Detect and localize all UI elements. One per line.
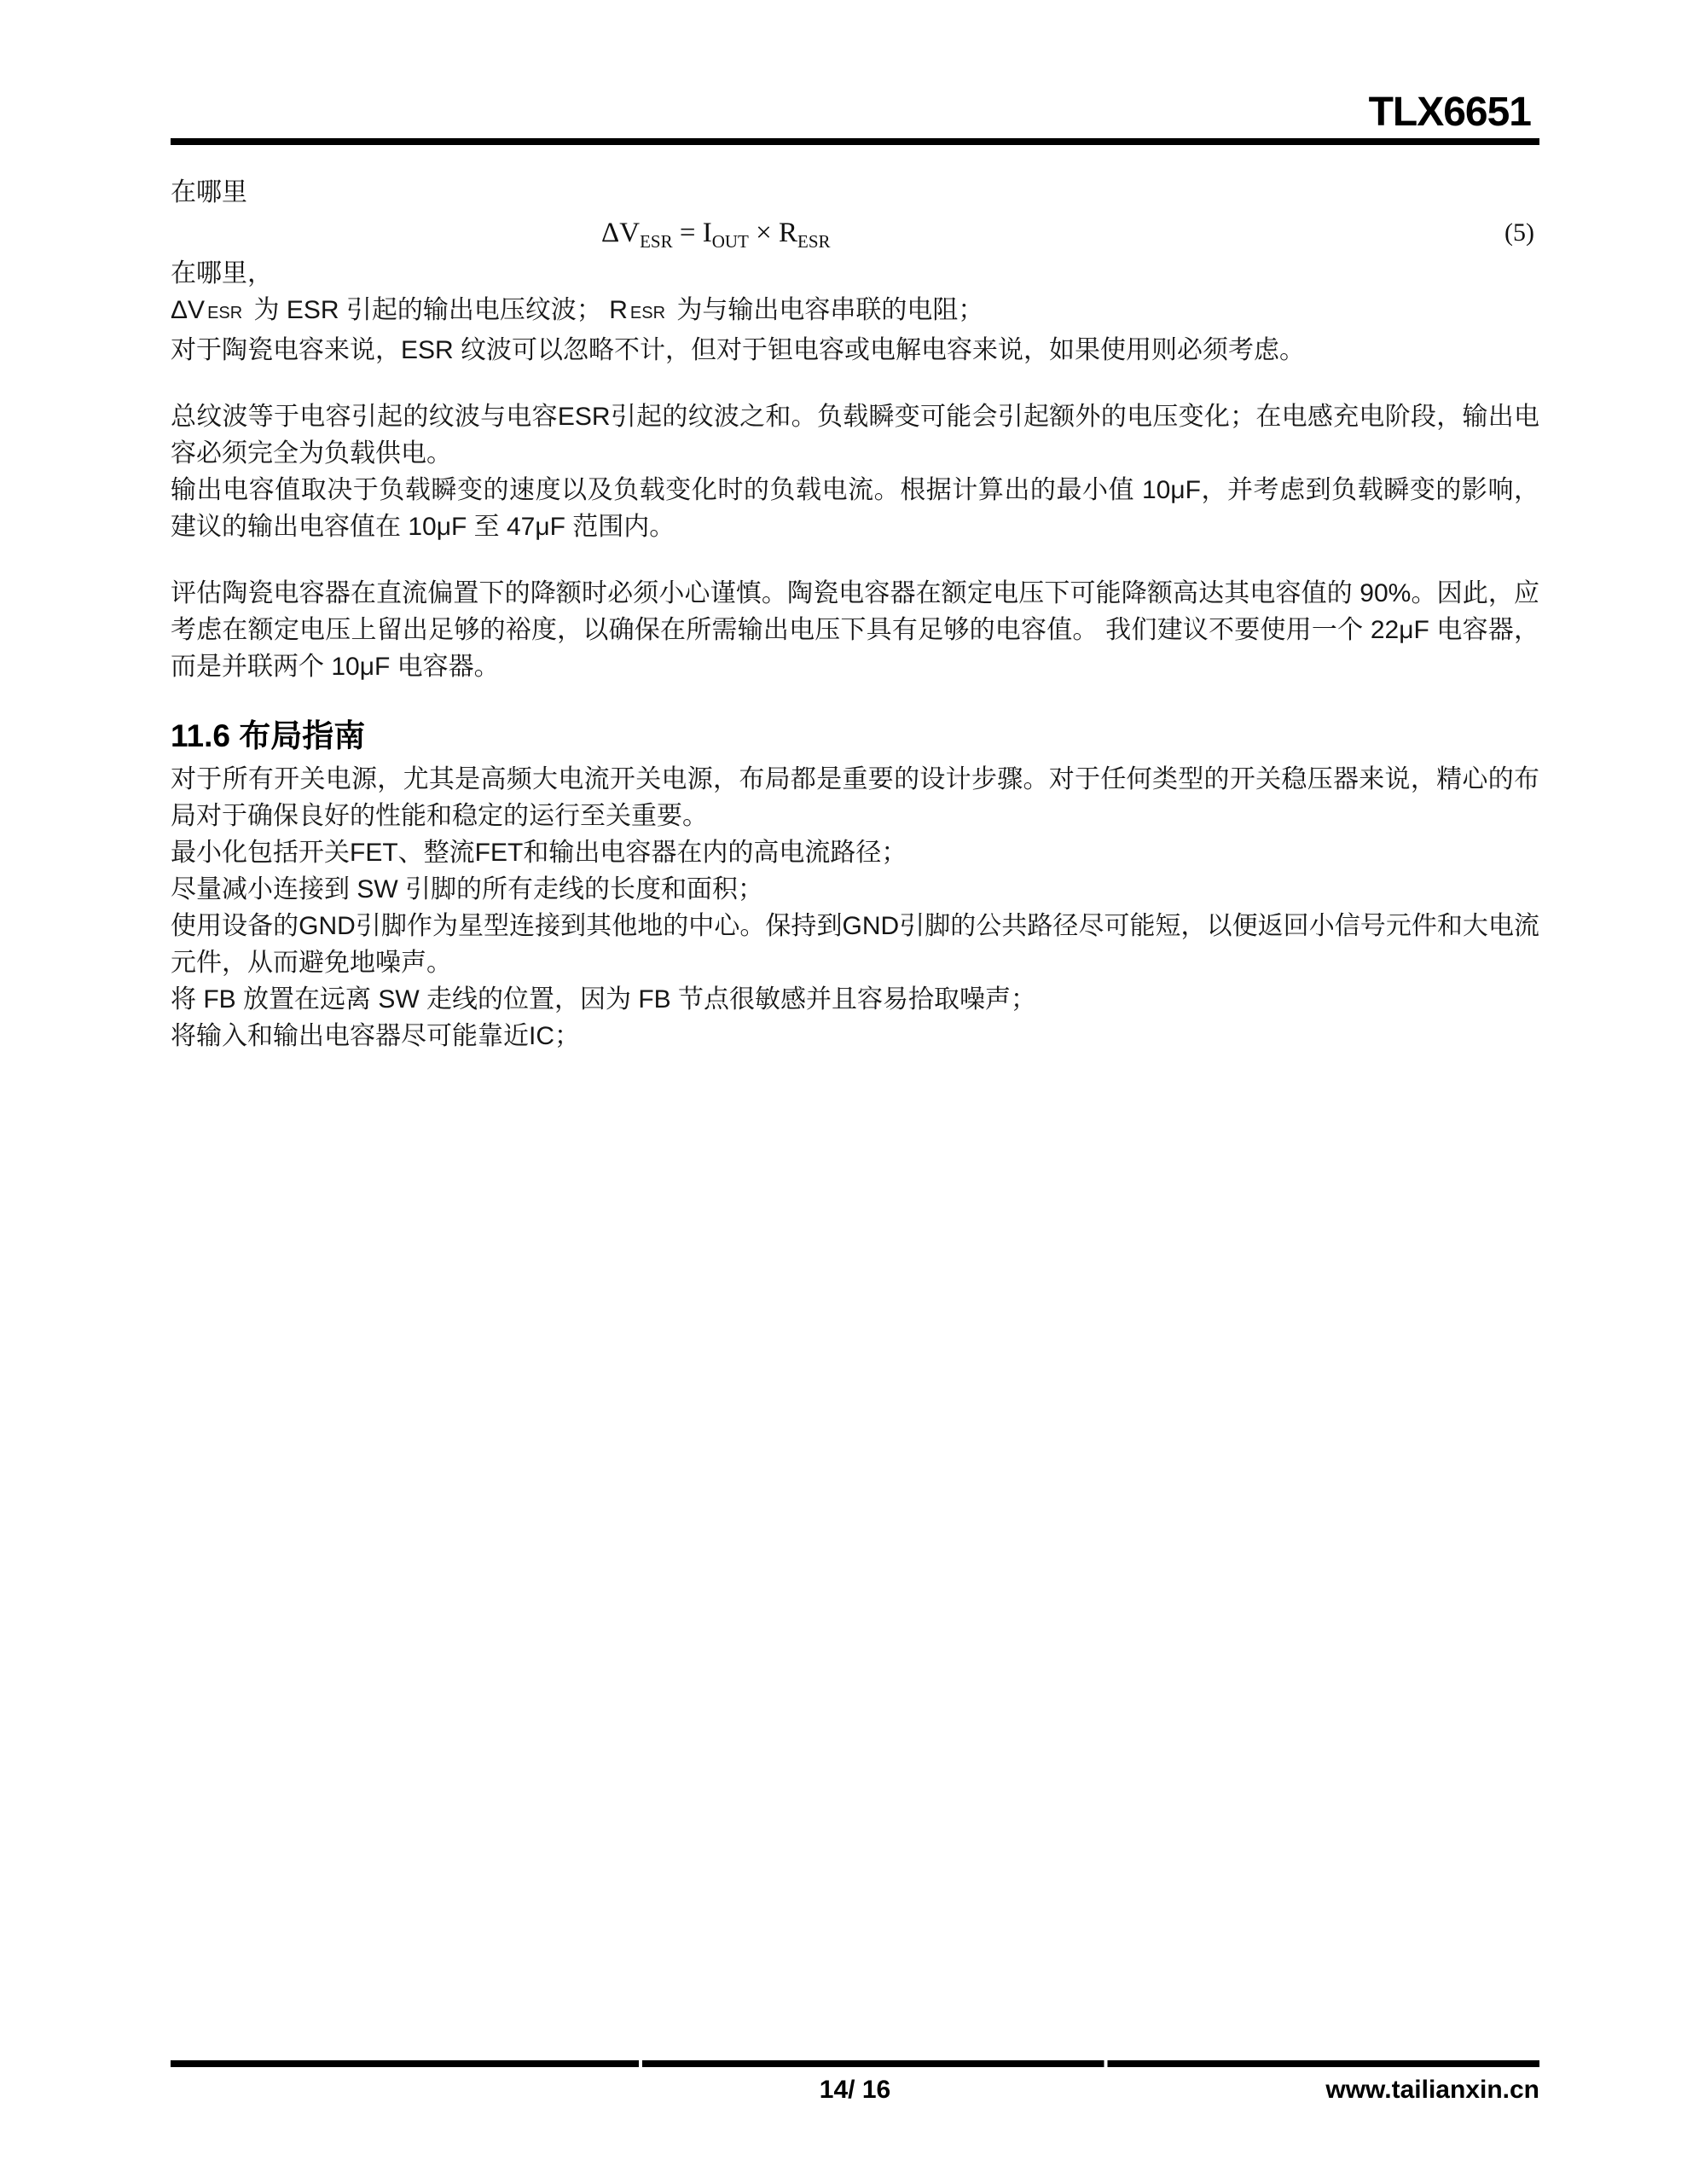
- eq-times: ×: [749, 218, 779, 248]
- para-derating: 评估陶瓷电容器在直流偏置下的降额时必须小心谨慎。陶瓷电容器在额定电压下可能降额高…: [171, 575, 1539, 685]
- equation-number: (5): [1504, 218, 1539, 247]
- where-label-2: 在哪里，: [171, 255, 1539, 292]
- doc-title: TLX6651: [171, 0, 1539, 136]
- esr-def-part1: ΔV: [171, 296, 205, 324]
- datasheet-page: TLX6651 在哪里 ΔVESR = IOUT × RESR (5) 在哪里，…: [0, 0, 1687, 2184]
- eq-mid-sub: OUT: [712, 231, 749, 252]
- layout-guideline-item: 尽量减小连接到 SW 引脚的所有走线的长度和面积；: [171, 871, 1539, 908]
- eq-equals: =: [673, 218, 703, 248]
- page-content: TLX6651 在哪里 ΔVESR = IOUT × RESR (5) 在哪里，…: [171, 0, 1539, 1054]
- website-url: www.tailianxin.cn: [1325, 2076, 1539, 2105]
- equation-row: ΔVESR = IOUT × RESR (5): [171, 211, 1539, 255]
- body-text: 在哪里 ΔVESR = IOUT × RESR (5) 在哪里， ΔVESR 为…: [171, 174, 1539, 1054]
- esr-def-part2: 为 ESR 引起的输出电压纹波；: [246, 296, 609, 324]
- esr-def-part4: 为与输出电容串联的电阻；: [670, 296, 983, 324]
- eq-lhs: ΔV: [601, 218, 640, 248]
- para-total-ripple: 总纹波等于电容引起的纹波与电容ESR引起的纹波之和。负载瞬变可能会引起额外的电压…: [171, 398, 1539, 472]
- equation-esr-ripple: ΔVESR = IOUT × RESR: [601, 218, 831, 249]
- esr-def-sub1: ESR: [207, 304, 242, 322]
- eq-mid: I: [703, 218, 712, 248]
- header-rule: [171, 138, 1539, 145]
- eq-rhs: R: [779, 218, 797, 248]
- section-title: 布局指南: [239, 718, 365, 753]
- para-ceramic-esr: 对于陶瓷电容来说，ESR 纹波可以忽略不计，但对于钽电容或电解电容来说，如果使用…: [171, 332, 1539, 369]
- where-label-1: 在哪里: [171, 174, 1539, 211]
- footer-row: 14/ 16 www.tailianxin.cn: [171, 2076, 1539, 2112]
- layout-guideline-item: 将 FB 放置在远离 SW 走线的位置，因为 FB 节点很敏感并且容易拾取噪声；: [171, 981, 1539, 1018]
- layout-guideline-item: 使用设备的GND引脚作为星型连接到其他地的中心。保持到GND引脚的公共路径尽可能…: [171, 908, 1539, 981]
- eq-rhs-sub: ESR: [797, 231, 831, 252]
- esr-def-part3: R: [609, 296, 628, 324]
- esr-def-sub2: ESR: [630, 304, 665, 322]
- footer-rule: [171, 2060, 1539, 2067]
- section-heading: 11.6 布局指南: [171, 717, 1539, 756]
- para-output-capacitance: 输出电容值取决于负载瞬变的速度以及负载变化时的负载电流。根据计算出的最小值 10…: [171, 472, 1539, 545]
- section-number: 11.6: [171, 718, 230, 753]
- page-footer: 14/ 16 www.tailianxin.cn: [171, 2060, 1539, 2112]
- eq-lhs-sub: ESR: [640, 231, 673, 252]
- layout-guideline-item: 最小化包括开关FET、整流FET和输出电容器在内的高电流路径；: [171, 834, 1539, 871]
- para-layout-intro: 对于所有开关电源，尤其是高频大电流开关电源，布局都是重要的设计步骤。对于任何类型…: [171, 761, 1539, 834]
- esr-definition-line: ΔVESR 为 ESR 引起的输出电压纹波； RESR 为与输出电容串联的电阻；: [171, 292, 1539, 332]
- layout-guideline-item: 将输入和输出电容器尽可能靠近IC；: [171, 1018, 1539, 1054]
